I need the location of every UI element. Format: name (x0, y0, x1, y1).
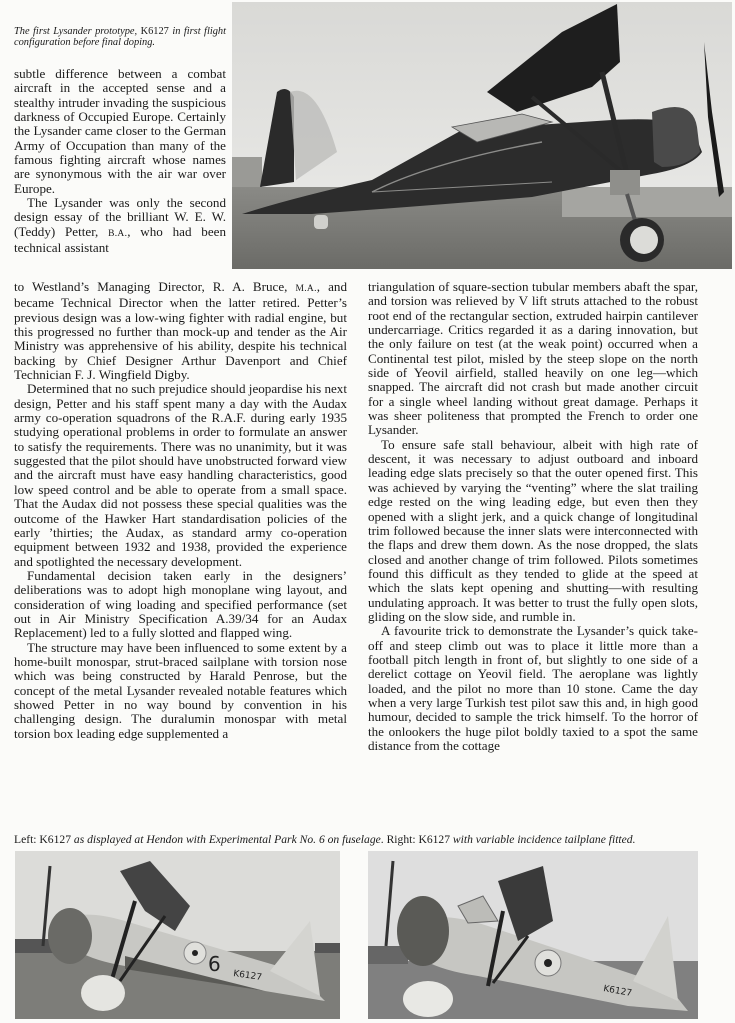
fuselage-number: 6 (208, 952, 221, 976)
paragraph: Determined that no such prejudice should… (14, 382, 347, 568)
photo-lysander-prototype (232, 2, 732, 269)
paragraph: triangulation of square-section tubular … (368, 280, 698, 438)
article-narrow-column: subtle difference between a combat aircr… (14, 67, 226, 255)
top-photo-caption: The first Lysander prototype, K6127 in f… (14, 26, 226, 49)
degree-abbrev: B.A. (108, 229, 127, 239)
paragraph: subtle difference between a combat aircr… (14, 67, 226, 196)
caption-italic: as displayed at Hendon with Experimental… (74, 833, 381, 846)
paragraph-text: , and became Technical Director when the… (14, 279, 347, 382)
caption-text: Left: K6127 (14, 833, 74, 846)
paragraph: A favourite trick to demonstrate the Lys… (368, 624, 698, 753)
article-left-column: to Westland’s Managing Director, R. A. B… (14, 280, 347, 741)
paragraph: The Lysander was only the second design … (14, 196, 226, 255)
caption-text: . Right: K6127 (381, 833, 453, 846)
caption-text: The first Lysander prototype, (14, 26, 141, 37)
aircraft-photo-graphic: 6 K6127 (15, 851, 340, 1019)
degree-abbrev: M.A. (296, 284, 317, 294)
paragraph: to Westland’s Managing Director, R. A. B… (14, 280, 347, 382)
photo-lysander-hendon: 6 K6127 (15, 851, 340, 1019)
paragraph: The structure may have been influenced t… (14, 641, 347, 741)
article-right-column: triangulation of square-section tubular … (368, 280, 698, 753)
photo-lysander-variable-tailplane: K6127 (368, 851, 698, 1019)
paragraph: To ensure safe stall behaviour, albeit w… (368, 438, 698, 624)
caption-serial: K6127 (141, 26, 169, 37)
bottom-photos-caption: Left: K6127 as displayed at Hendon with … (14, 833, 734, 846)
paragraph-text: to Westland’s Managing Director, R. A. B… (14, 279, 296, 294)
caption-italic: with variable incidence tailplane fitted… (453, 833, 636, 846)
aircraft-photo-graphic: K6127 (368, 851, 698, 1019)
aircraft-photo-graphic (232, 2, 732, 269)
paragraph: Fundamental decision taken early in the … (14, 569, 347, 641)
